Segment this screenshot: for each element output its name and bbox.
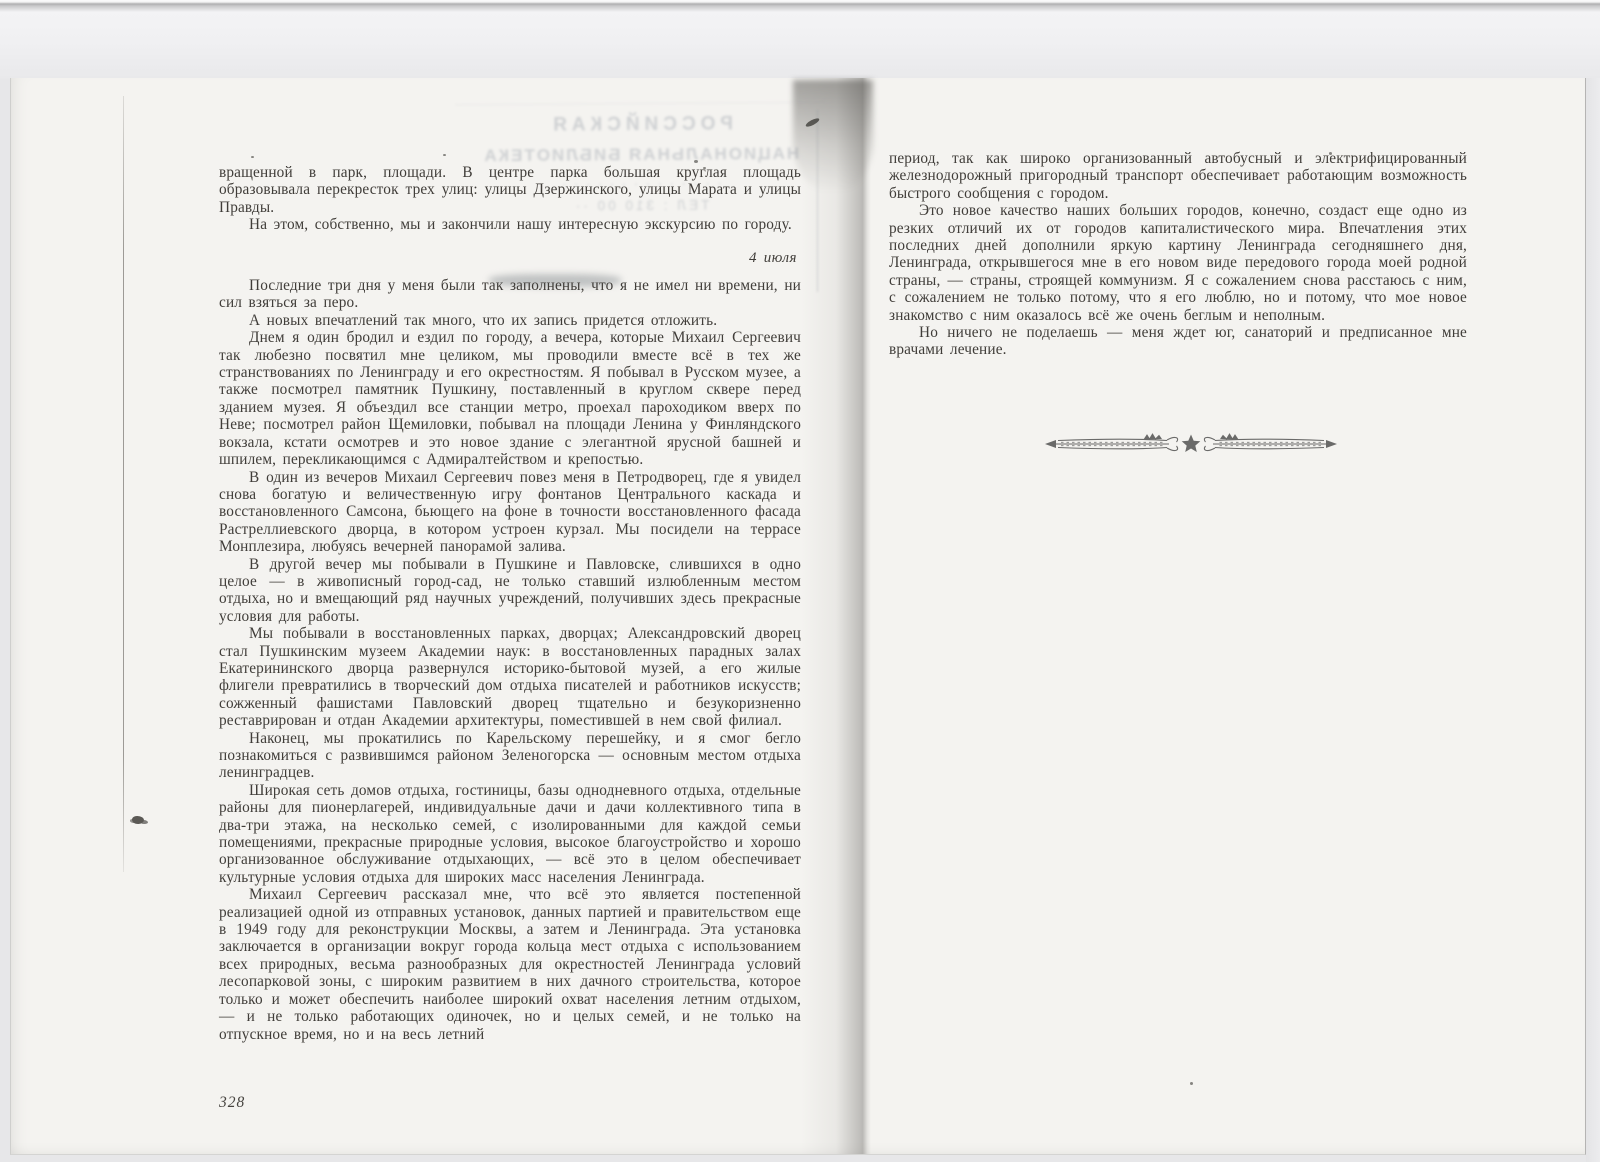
dust-speck — [703, 167, 706, 169]
paragraph: Это новое качество наших больших городов… — [889, 202, 1467, 324]
scanner-top-edge — [0, 0, 1600, 80]
ink-blot — [132, 816, 144, 824]
page-number: 328 — [219, 1094, 245, 1112]
paragraph: Наконец, мы прокатились по Карельскому п… — [219, 730, 801, 782]
stamp-line: НАЦИОНАЛЬНАЯ БИБЛИОТЕКА — [456, 144, 826, 167]
paragraph: вращенной в парк, площади. В центре парк… — [219, 164, 801, 216]
right-page-text: период, так как широко организованный ав… — [889, 150, 1467, 359]
chapter-end-ornament — [1041, 430, 1341, 458]
scanned-book-spread: РОССИЙСКАЯ НАЦИОНАЛЬНАЯ БИБЛИОТЕКА · · ·… — [10, 78, 1586, 1155]
fold-crease-line — [123, 96, 124, 872]
paragraph: Широкая сеть домов отдыха, гостиницы, ба… — [219, 782, 801, 886]
paragraph: В другой вечер мы побывали в Пушкине и П… — [219, 556, 801, 626]
left-page-text: вращенной в парк, площади. В центре парк… — [219, 164, 801, 1043]
paragraph: На этом, собственно, мы и закончили нашу… — [219, 216, 801, 233]
paragraph: Мы побывали в восстановленных парках, дв… — [219, 625, 801, 729]
dust-speck — [251, 156, 254, 158]
dust-speck — [1329, 152, 1332, 155]
paragraph: Последние три дня у меня были так заполн… — [219, 277, 801, 312]
stamp-line: РОССИЙСКАЯ — [455, 113, 825, 138]
paragraph: В один из вечеров Михаил Сергеевич повез… — [219, 469, 801, 556]
stamp-box-edge — [817, 110, 818, 292]
paragraph: Днем я один бродил и ездил по городу, а … — [219, 329, 801, 468]
date-heading: 4 июля — [219, 250, 797, 267]
paragraph: А новых впечатлений так много, что их за… — [219, 312, 801, 329]
paragraph: период, так как широко организованный ав… — [889, 150, 1467, 202]
dust-speck — [694, 160, 698, 163]
star-divider-icon — [1041, 430, 1341, 458]
dust-speck — [443, 154, 446, 156]
page-edge — [1586, 78, 1600, 1162]
paragraph: Михаил Сергеевич рассказал мне, что всё … — [219, 886, 801, 1043]
dust-speck — [1190, 1082, 1193, 1085]
paragraph: Но ничего не поделаешь — меня ждет юг, с… — [889, 324, 1467, 359]
